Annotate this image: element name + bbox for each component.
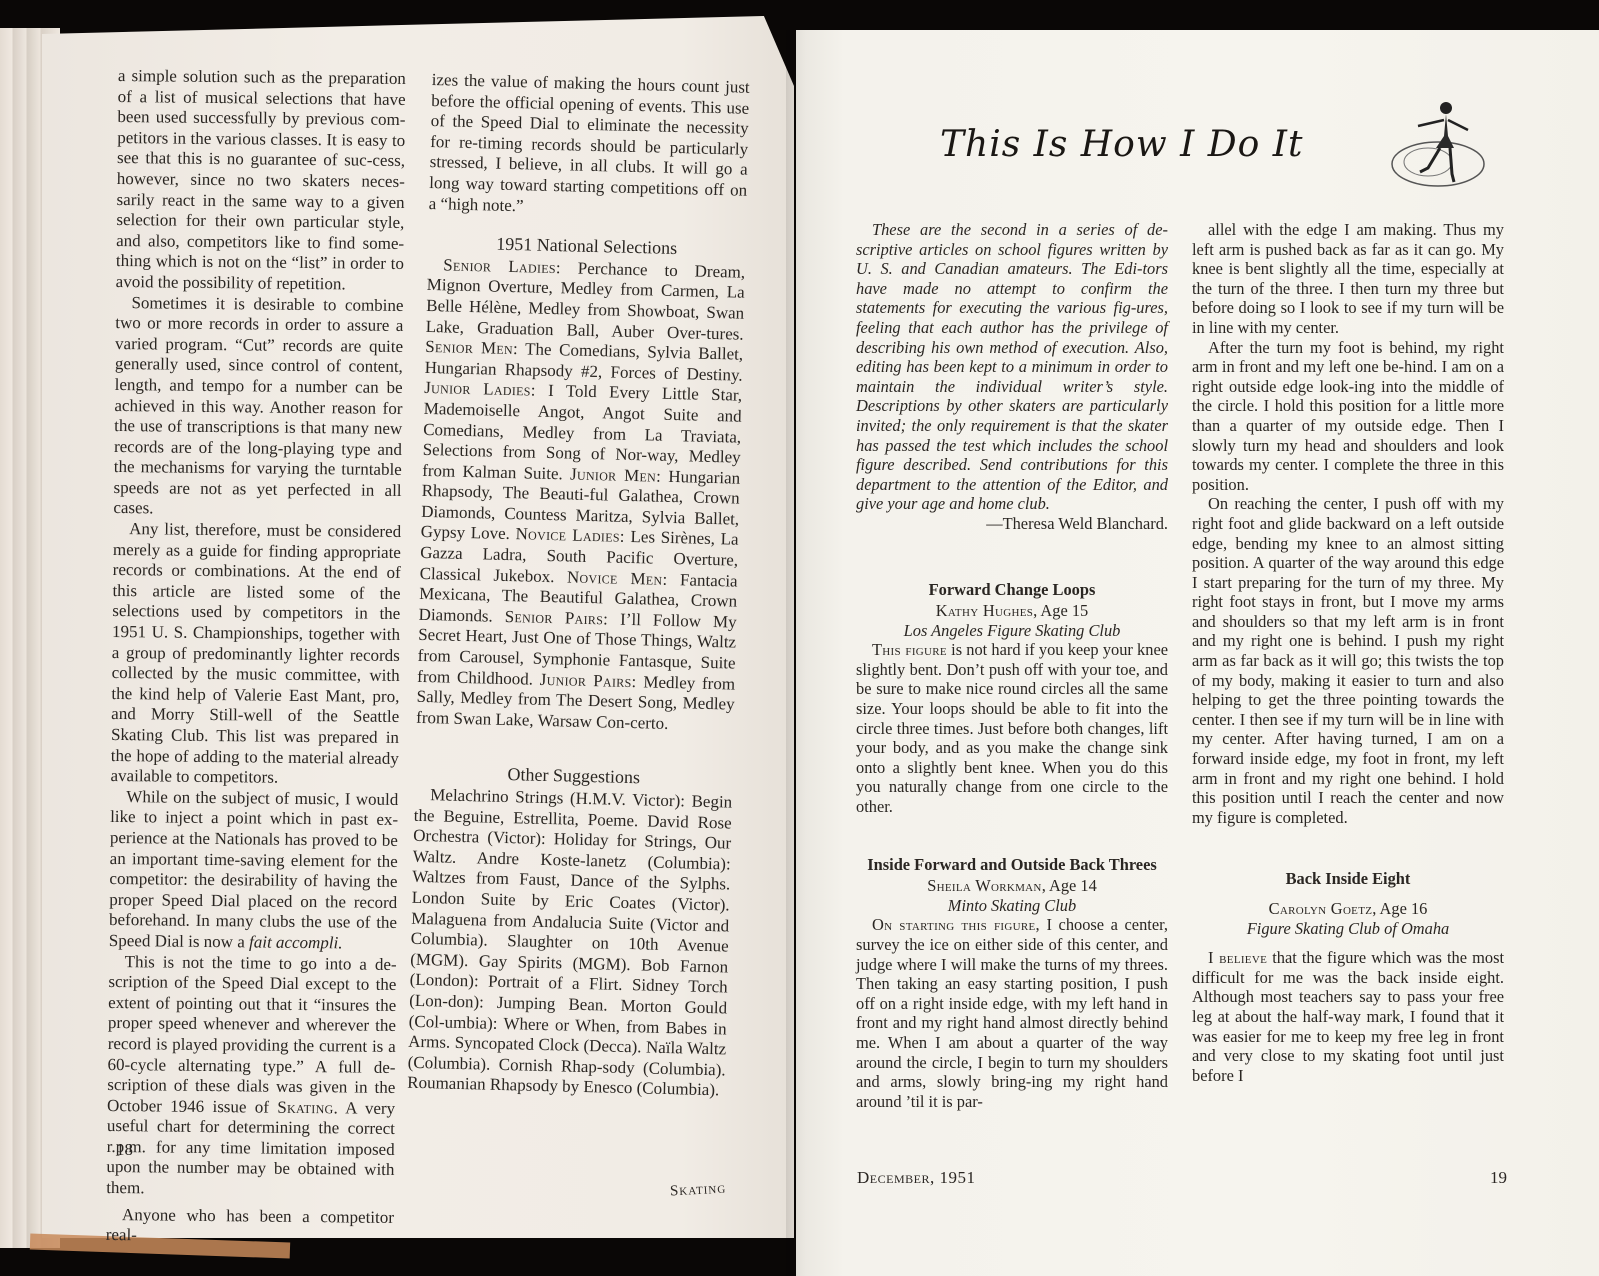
body-text: I choose a center, survey the ice on eit… [856,915,1168,1110]
article-body-continued: On reaching the center, I push off with … [1192,494,1504,827]
article-title: Forward Change Loops [856,580,1168,600]
category-label: Junior Pairs: [540,669,637,690]
author-age: , Age 15 [1033,601,1088,620]
lead-in: This figure [872,640,947,659]
author-name: Sheila Workman [927,876,1041,895]
article-club: Minto Skating Club [856,896,1168,916]
article-body: I believe that the figure which was the … [1192,948,1504,1085]
paragraph: This is not the time to go into a de-scr… [106,951,397,1201]
author-name: Carolyn Goetz [1269,899,1373,918]
left-page-column-1: a simple solution such as the preparatio… [106,66,406,1249]
running-footer-magazine: Skating [670,1181,727,1201]
paragraph: While on the subject of music, I would l… [109,787,399,955]
paragraph: a simple solution such as the preparatio… [116,66,406,296]
article-author: Sheila Workman, Age 14 [856,876,1168,896]
paragraph-text: While on the subject of music, I would l… [109,787,399,951]
body-text: that the figure which was the most diffi… [1192,948,1504,1085]
suggestions-list: Melachrino Strings (H.M.V. Victor): Begi… [407,785,732,1102]
category-label: Senior Ladies: [443,255,561,277]
figure-skater-icon [1388,96,1488,196]
magazine-reference: Skating [277,1097,333,1117]
article-club: Figure Skating Club of Omaha [1192,919,1504,939]
article-author: Carolyn Goetz, Age 16 [1192,899,1504,919]
lead-in: I believe [1208,948,1267,967]
selections-list: Senior Ladies: Perchance to Dream, Migno… [416,255,745,736]
paragraph: Sometimes it is desirable to combine two… [113,293,403,523]
category-label: Senior Pairs: [505,607,609,629]
paragraph-text: This is not the time to go into a de-scr… [107,952,397,1117]
article-body: This figure is not hard if you keep your… [856,640,1168,816]
intro-text: These are the second in a series of de-s… [856,220,1168,514]
lead-in: On starting this figure, [872,915,1040,934]
body-text: is not hard if you keep your knee slight… [856,640,1168,816]
issue-date-footer: December, 1951 [857,1168,975,1188]
left-page-column-2: izes the value of making the hours count… [407,70,750,1101]
right-page-column-2: allel with the edge I am making. Thus my… [1192,220,1504,1085]
category-label: Novice Ladies: [515,525,625,547]
spine-shadow [786,30,806,1276]
article-title: Back Inside Eight [1192,869,1504,889]
paragraph: Anyone who has been a competitor real- [106,1205,394,1249]
italic-phrase: fait accompli. [249,932,343,952]
page-title: This Is How I Do It [940,124,1303,165]
right-page-column-1: These are the second in a series of de-s… [856,220,1168,1111]
article-body-continued: After the turn my foot is behind, my rig… [1192,338,1504,495]
author-age: , Age 16 [1372,899,1427,918]
category-label: Junior Men: [570,464,661,485]
article-club: Los Angeles Figure Skating Club [856,621,1168,641]
category-label: Novice Men: [567,567,668,588]
intro-signature: —Theresa Weld Blanchard. [856,514,1168,534]
category-label: Junior Ladies: [424,378,536,400]
category-label: Senior Men: [425,337,518,358]
paragraph: izes the value of making the hours count… [428,70,749,222]
author-age: , Age 14 [1042,876,1097,895]
article-body-continued: allel with the edge I am making. Thus my… [1192,220,1504,338]
article-author: Kathy Hughes, Age 15 [856,601,1168,621]
article-body: On starting this figure, I choose a cent… [856,915,1168,1111]
page-number-left: 18 [116,1140,133,1160]
page-number-right: 19 [1490,1168,1507,1188]
article-title: Inside Forward and Outside Back Threes [856,855,1168,875]
paragraph: Any list, therefore, must be considered … [110,519,401,790]
author-name: Kathy Hughes [936,601,1033,620]
